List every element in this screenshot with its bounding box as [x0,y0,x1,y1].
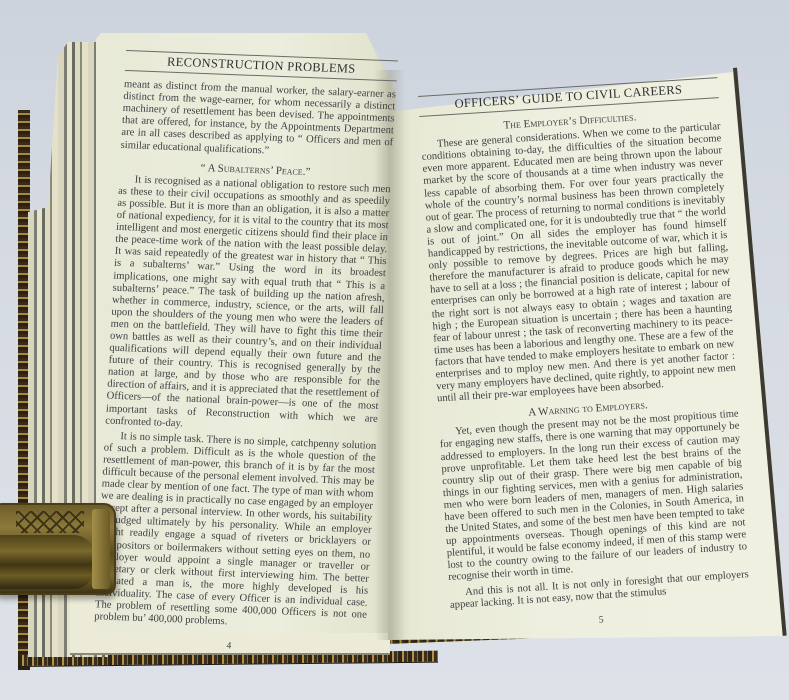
clip-hand-icon [0,535,94,589]
right-page-text: OFFICERS’ GUIDE TO CIVIL CAREERS The Emp… [418,77,751,636]
left-paragraph-2: It is no simple task. There is no simple… [94,430,377,634]
clip-rim [92,509,110,589]
right-paragraph-1: These are general considerations. When w… [421,121,737,405]
left-paragraph-1: It is recognised as a national obligatio… [105,174,391,438]
right-paragraph-2: Yet, even though the present may not be … [439,409,748,585]
left-paragraph-intro: meant as distinct from the manual worker… [120,79,396,162]
left-page-text: RECONSTRUCTION PROBLEMS meant as distinc… [93,50,398,658]
brass-page-clip [0,503,116,595]
clip-lattice-pattern [16,511,84,533]
